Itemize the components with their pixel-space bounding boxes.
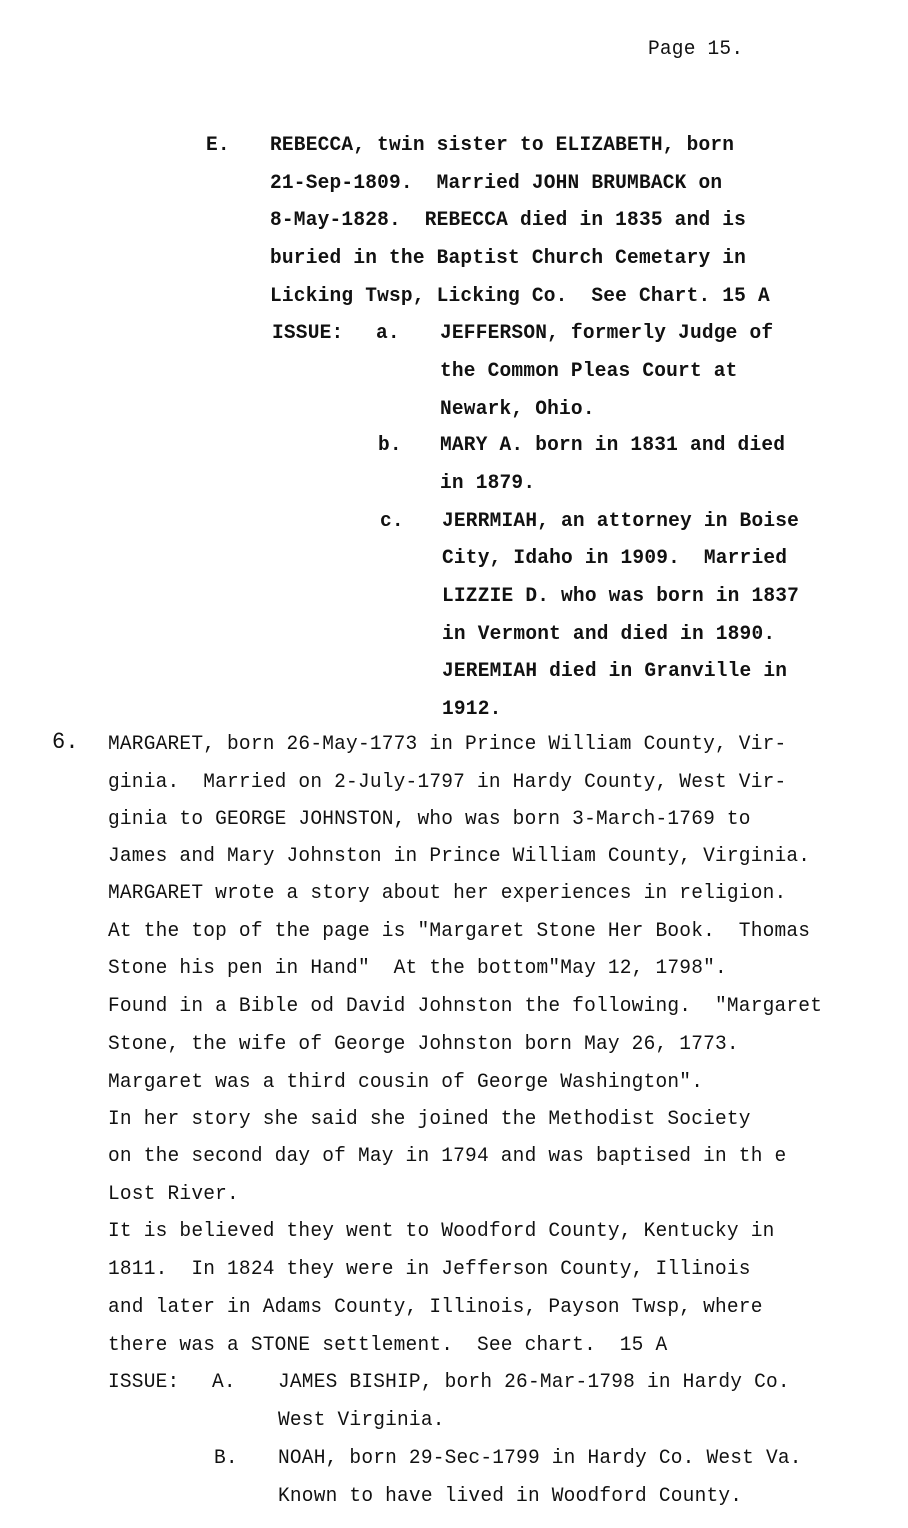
entry-6-line: James and Mary Johnston in Prince Willia…: [108, 843, 810, 868]
entry-6-line: ginia to GEORGE JOHNSTON, who was born 3…: [108, 806, 751, 831]
issue-A-marker: A.: [212, 1369, 236, 1394]
issue-c-line: in Vermont and died in 1890.: [442, 621, 775, 646]
entry-e-line: REBECCA, twin sister to ELIZABETH, born: [270, 132, 734, 157]
issue-A-line: West Virginia.: [278, 1407, 445, 1432]
issue-c-line: 1912.: [442, 696, 502, 721]
issue-b-line: in 1879.: [440, 470, 535, 495]
issue-c-marker: c.: [380, 508, 404, 533]
issue-c-line: City, Idaho in 1909. Married: [442, 545, 787, 570]
entry-6-line: In her story she said she joined the Met…: [108, 1106, 751, 1131]
issue-B-marker: B.: [214, 1445, 238, 1470]
entry-6-line: and later in Adams County, Illinois, Pay…: [108, 1294, 763, 1319]
issue-B-line: Known to have lived in Woodford County.: [278, 1483, 742, 1508]
issue-b-line: MARY A. born in 1831 and died: [440, 432, 785, 457]
entry-e-line: 8-May-1828. REBECCA died in 1835 and is: [270, 207, 746, 232]
entry-e-issue-label: ISSUE:: [272, 320, 343, 345]
issue-a-marker: a.: [376, 320, 400, 345]
issue-c-line: LIZZIE D. who was born in 1837: [442, 583, 799, 608]
entry-6-issue-label: ISSUE:: [108, 1369, 179, 1394]
entry-e-line: 21-Sep-1809. Married JOHN BRUMBACK on: [270, 170, 722, 195]
entry-6-line: Margaret was a third cousin of George Wa…: [108, 1069, 703, 1094]
page-header: Page 15.: [648, 36, 743, 61]
entry-6-line: At the top of the page is "Margaret Ston…: [108, 918, 810, 943]
issue-a-line: Newark, Ohio.: [440, 396, 595, 421]
entry-e-line: buried in the Baptist Church Cemetary in: [270, 245, 746, 270]
entry-6-line: ginia. Married on 2-July-1797 in Hardy C…: [108, 769, 786, 794]
entry-6-line: Stone his pen in Hand" At the bottom"May…: [108, 955, 727, 980]
issue-A-line: JAMES BISHIP, borh 26-Mar-1798 in Hardy …: [278, 1369, 790, 1394]
entry-e-line: Licking Twsp, Licking Co. See Chart. 15 …: [270, 283, 770, 308]
issue-B-line: NOAH, born 29-Sec-1799 in Hardy Co. West…: [278, 1445, 802, 1470]
entry-6-line: 1811. In 1824 they were in Jefferson Cou…: [108, 1256, 751, 1281]
entry-6-marker: 6.: [52, 730, 79, 755]
issue-c-line: JERRMIAH, an attorney in Boise: [442, 508, 799, 533]
issue-a-line: JEFFERSON, formerly Judge of: [440, 320, 773, 345]
issue-c-line: JEREMIAH died in Granville in: [442, 658, 787, 683]
entry-6-line: on the second day of May in 1794 and was…: [108, 1143, 786, 1168]
entry-6-line: It is believed they went to Woodford Cou…: [108, 1218, 775, 1243]
entry-6-line: MARGARET wrote a story about her experie…: [108, 880, 786, 905]
entry-6-line: MARGARET, born 26-May-1773 in Prince Wil…: [108, 731, 786, 756]
issue-b-marker: b.: [378, 432, 402, 457]
entry-e-marker: E.: [206, 132, 230, 157]
entry-6-line: Stone, the wife of George Johnston born …: [108, 1031, 739, 1056]
issue-a-line: the Common Pleas Court at: [440, 358, 738, 383]
entry-6-line: there was a STONE settlement. See chart.…: [108, 1332, 667, 1357]
entry-6-line: Found in a Bible od David Johnston the f…: [108, 993, 822, 1018]
entry-6-line: Lost River.: [108, 1181, 239, 1206]
